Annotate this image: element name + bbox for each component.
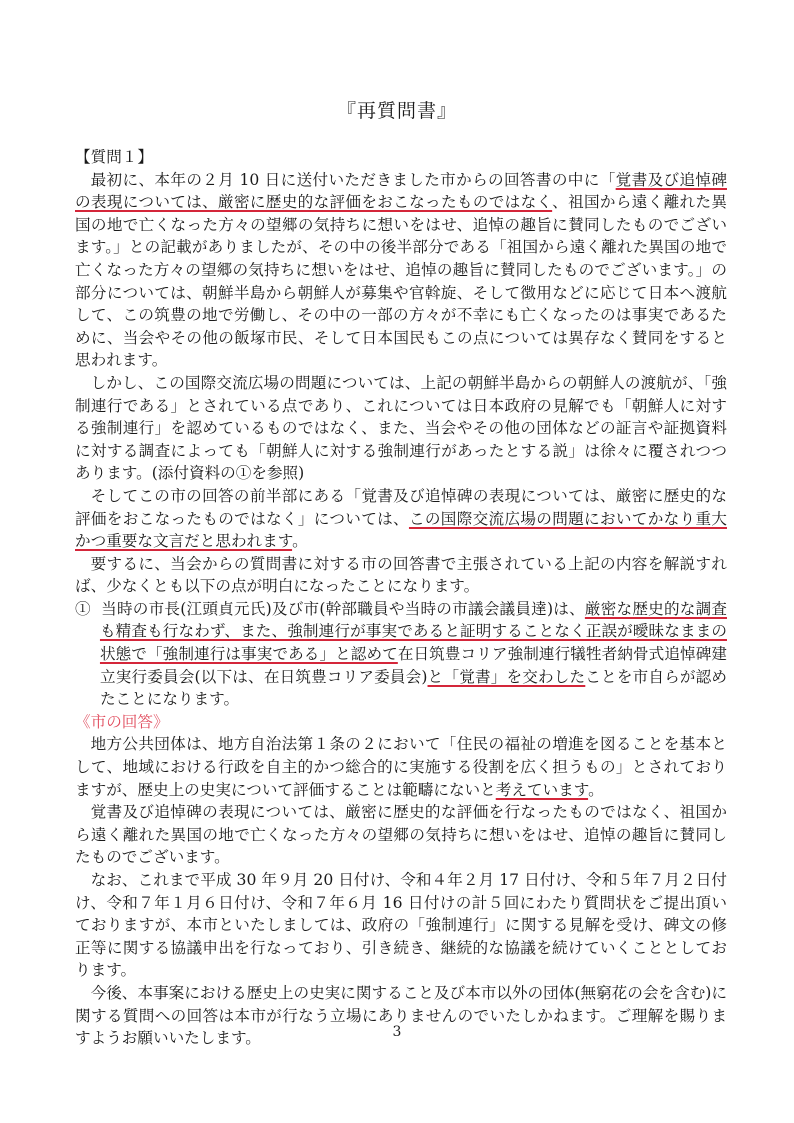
text-segment: 。	[588, 781, 604, 799]
question-paragraph-3: そしてこの市の回答の前半部にある「覚書及び追悼碑の表現については、厳密に歴史的な…	[75, 485, 727, 553]
item-marker: ①	[75, 600, 91, 618]
question-paragraph-4: 要するに、当会からの質問書に対する市の回答書で主張されている上記の内容を解説すれ…	[75, 553, 727, 598]
city-answer-paragraph-1: 地方公共団体は、地方自治法第１条の２において「住民の福祉の増進を図ることを基本と…	[75, 733, 727, 801]
document-body: 【質問１】 最初に、本年の２月 10 日に送付いただきました市からの回答書の中に…	[75, 146, 727, 1050]
city-answer-paragraph-3: なお、これまで平成 30 年９月 20 日付け、令和４年２月 17 日付け、令和…	[75, 869, 727, 982]
page-number: 3	[0, 1024, 794, 1040]
numbered-item-1: ① 当時の市長(江頭貞元氏)及び市(幹部職員や当時の市議会議員達)は、厳密な歴史…	[75, 598, 727, 711]
text-segment: 当時の市長(江頭貞元氏)及び市(幹部職員や当時の市議会議員達)は、	[101, 600, 585, 618]
underlined-text: と「覚書」を交わした	[428, 668, 586, 686]
city-answer-paragraph-2: 覚書及び追悼碑の表現については、厳密に歴史的な評価を行なったものではなく、祖国か…	[75, 801, 727, 869]
document-title: 『再質問書』	[0, 96, 794, 123]
question-paragraph-1: 最初に、本年の２月 10 日に送付いただきました市からの回答書の中に「覚書及び追…	[75, 169, 727, 372]
question-heading: 【質問１】	[75, 146, 727, 169]
city-answer-label: 《市の回答》	[75, 711, 727, 734]
text-segment: 。	[292, 532, 308, 550]
text-segment: 、祖国から遠く離れた異国の地で亡くなった方々の望郷の気持ちに想いをはせ、追悼の趣…	[75, 193, 727, 369]
question-paragraph-2: しかし、この国際交流広場の問題については、上記の朝鮮半島からの朝鮮人の渡航が、「…	[75, 372, 727, 485]
text-segment: 地方公共団体は、地方自治法第１条の２において「住民の福祉の増進を図ることを基本と…	[75, 735, 727, 798]
text-segment: 最初に、本年の２月 10 日に送付いただきました市からの回答書の中に「	[91, 171, 616, 189]
underlined-text: 考えています	[496, 781, 588, 799]
